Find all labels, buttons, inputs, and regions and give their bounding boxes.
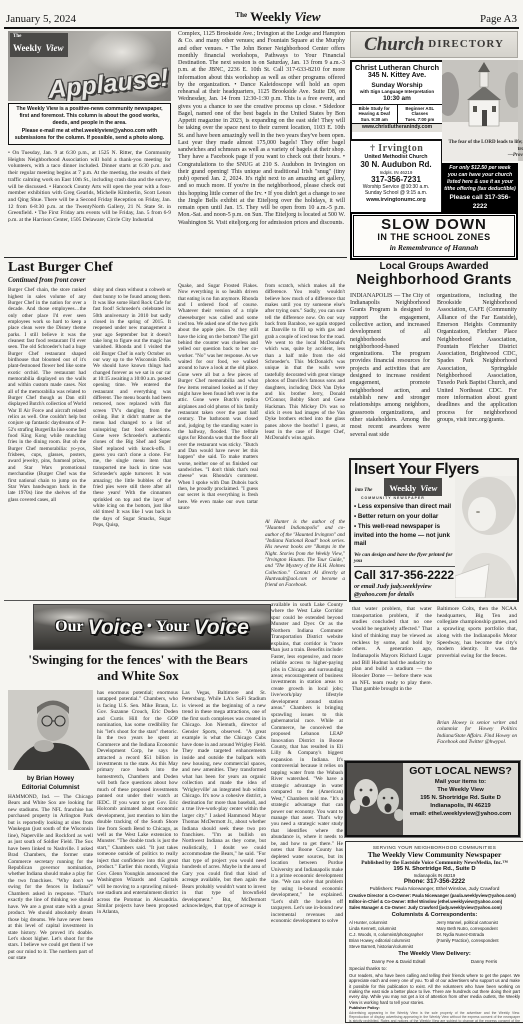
methodist-address: 30 N. Audubon Rd. xyxy=(351,160,441,169)
burger-chef-headline: Last Burger Chef xyxy=(8,261,171,276)
applause-intro-box: The Weekly View is a positive-news commu… xyxy=(8,103,171,145)
church-listing-ad: For only $12.50 per week you can have yo… xyxy=(442,163,518,213)
issue-date: January 5, 2024 xyxy=(6,13,76,25)
church-listing-phone: Please call 317-356-2222 xyxy=(444,194,516,212)
flyers-ad: Insert Your Flyers into The Weekly View … xyxy=(349,458,519,602)
burger-chef-article: Last Burger Chef Continued from front co… xyxy=(8,261,171,589)
editorial-headline-text: 'Swinging for the fences' with the Bears… xyxy=(8,652,268,683)
banner-your: Your xyxy=(156,619,190,635)
brian-howey-photo xyxy=(8,690,93,770)
burger-chef-col4-wrap: from scratch, which makes all the differ… xyxy=(265,283,345,597)
got-news-title: GOT LOCAL NEWS? xyxy=(403,766,518,778)
colophon-phone: Phone: 317-356-2222 xyxy=(349,878,520,886)
grants-col2: organizations, including the Brookside N… xyxy=(437,293,517,443)
burger-chef-col2: shiny and clean without a cobweb or dust… xyxy=(93,287,171,589)
applause-photo: The Weekly View Applause! xyxy=(8,31,171,101)
grants-title-1: Local Groups Awarded xyxy=(350,261,518,272)
colophon-thanks: Our readers, who have been calling and t… xyxy=(349,973,520,1005)
lutheran-bible-study: Bible Study for Hearing & DeafSun. 9:30 … xyxy=(352,105,397,124)
editorial-col2: has enormous potential; enormous untappe… xyxy=(97,690,178,1012)
flyers-email: or email Judy judy.weeklyview@yahoo.com … xyxy=(354,583,458,598)
applause-intro-2: Please e-mail me at ethel.weeklyview@yah… xyxy=(12,128,167,142)
masthead-view: View xyxy=(295,9,321,24)
christ-lutheran-listing: Christ Lutheran Church 345 N. Kittey Ave… xyxy=(350,60,444,141)
burger-chef-col1: Burger Chef chain, the store ranked high… xyxy=(8,287,86,589)
methodist-website-link: www.irvingtonumc.org xyxy=(351,197,441,205)
masthead-the: The xyxy=(235,11,247,19)
grants-title-2: Neighborhood Grants xyxy=(350,272,518,289)
church-header-script: Church xyxy=(364,35,424,54)
flyers-design-note: We can design and have the flyer printed… xyxy=(354,552,458,567)
grants-article: Local Groups Awarded Neighborhood Grants… xyxy=(350,261,518,443)
lutheran-worship: Sunday Worship xyxy=(352,82,442,90)
lutheran-classes: Bible Study for Hearing & DeafSun. 9:30 … xyxy=(352,104,442,125)
page-number: Page A3 xyxy=(480,13,517,25)
slow-down-line3: in Remembrance of Hannah xyxy=(352,243,516,253)
got-news-text: GOT LOCAL NEWS? Mail your items to: The … xyxy=(403,763,518,835)
surprised-readers-photo xyxy=(347,763,403,835)
editorial-col1: HAMMOND, Ind. — The Chicago Bears and Wh… xyxy=(8,794,93,1012)
editorial-author-bio: Brian Howey is senior writer and columni… xyxy=(437,720,517,756)
lutheran-address: 345 N. Kittey Ave. xyxy=(352,72,442,80)
reading-woman-photo xyxy=(455,476,517,598)
colophon-paper-name: The Weekly View Community Newspaper xyxy=(349,851,520,860)
colophon-publishers: Publishers: Paula Nicewanger, Ethel Wins… xyxy=(349,886,520,893)
flyers-bullet-2: • Better return on your dollar xyxy=(354,513,456,521)
editorial-col6-wrap: Baltimore Colts, then the NCAA headquart… xyxy=(437,606,517,756)
newspaper-page: January 5, 2024 The Weekly View Page A3 … xyxy=(0,0,523,1024)
cross-icon: ✝ xyxy=(369,143,377,154)
banner-dot: • xyxy=(147,620,152,634)
colophon-thanks-header: Special thanks to: xyxy=(349,966,520,973)
applause-intro-1: The Weekly View is a positive-news commu… xyxy=(12,106,167,126)
editorial-col1-wrap: by Brian Howey Editorial Columnist HAMMO… xyxy=(8,690,93,1012)
colophon-staff-3: Sales Manager & Co-Owner: Judy Crawford … xyxy=(349,905,520,911)
slow-down-notice: SLOW DOWN IN THE SCHOOL ZONES in Remembr… xyxy=(350,212,518,260)
banner-voice-2: Voice xyxy=(194,617,249,638)
lutheran-time: 10:30 am xyxy=(352,95,442,103)
got-news-email: email: ethel.weeklyview@yahoo.com xyxy=(403,810,518,818)
flyers-bullet-3: • This well-read newspaper is invited in… xyxy=(354,523,456,548)
our-voice-banner: Our Voice • Your Voice xyxy=(33,604,271,650)
church-header-caps: DIRECTORY xyxy=(428,39,504,50)
lutheran-name: Christ Lutheran Church xyxy=(352,62,442,72)
colophon-address1: 195 N. Shortridge Rd., Suite D xyxy=(349,866,520,873)
applause-banner-text: Applause! xyxy=(8,66,170,101)
burger-chef-article-cont: Quake, and Sugar Frosted Flakes. Now eve… xyxy=(178,283,345,597)
editorial-col6: Baltimore Colts, then the NCAA headquart… xyxy=(437,606,517,720)
logo-the: The xyxy=(13,34,64,39)
logo-weekly: Weekly xyxy=(13,43,42,53)
banner-voice-1: Voice xyxy=(88,617,143,638)
section-rule xyxy=(4,257,347,258)
got-local-news-box: GOT LOCAL NEWS? Mail your items to: The … xyxy=(345,761,520,837)
church-photo: The fear of the LORD leads to life; Then… xyxy=(442,60,523,161)
applause-items-middle: Complex, 1125 Brookside Ave.; Irvington … xyxy=(178,31,345,281)
church-directory: Church DIRECTORY Christ Lutheran Church … xyxy=(350,31,518,213)
colophon-columnists: Al Hunter, columnist Linda Kennett, colu… xyxy=(349,920,520,950)
burger-chef-col4: from scratch, which makes all the differ… xyxy=(265,283,345,519)
flyers-weekly-view-logo: Weekly View xyxy=(384,478,442,496)
banner-our: Our xyxy=(55,619,83,635)
masthead-weekly: Weekly xyxy=(250,9,291,24)
applause-items-left: • On Tuesday, Jan. 9 at 6:30 p.m., at 15… xyxy=(8,150,171,258)
colophon-policy: Advertising appearing in the Weekly View… xyxy=(349,1011,520,1023)
burger-chef-continued: Continued from front cover xyxy=(8,276,171,286)
grants-col1: INDIANAPOLIS — The City of Indianapolis … xyxy=(350,293,430,443)
flyers-into: into The xyxy=(355,488,372,493)
methodist-phone: 317-356-7231 xyxy=(351,175,441,184)
editorial-col3: Las Vegas, Baltimore and St. Petersburg.… xyxy=(182,690,266,1012)
church-directory-body: Christ Lutheran Church 345 N. Kittey Ave… xyxy=(350,60,518,213)
church-directory-header: Church DIRECTORY xyxy=(350,31,518,58)
header-rule xyxy=(4,27,519,29)
editorial-col5: that water problem, that water transport… xyxy=(352,606,432,756)
masthead-title: The Weekly View xyxy=(235,9,320,25)
church-verse-citation: —Proverbs 19:23 xyxy=(508,153,523,158)
lutheran-asl-classes: Beginner ASL ClassesTues. 7:00 pm xyxy=(397,105,443,124)
church-verse: The fear of the LORD leads to life; Then… xyxy=(444,140,523,159)
burger-chef-author-bio: Al Hunter is the author of the "Haunted … xyxy=(265,519,345,597)
colophon-delivery-header: The Weekly View Delivery: xyxy=(349,950,520,959)
logo-view: View xyxy=(46,43,64,53)
weekly-view-logo: The Weekly View xyxy=(10,33,68,57)
voice-section-rule xyxy=(4,600,347,601)
columnists-left: Al Hunter, columnist Linda Kennett, colu… xyxy=(349,920,433,950)
editorial-col4: available in south Lake County where the… xyxy=(271,602,343,1015)
lutheran-website-link: www.christlutheranindy.com xyxy=(352,124,442,132)
slow-down-line2: IN THE SCHOOL ZONES xyxy=(352,232,516,243)
flyers-bullet-1: • Less expensive than direct mail xyxy=(354,503,456,511)
methodist-name: Irvington xyxy=(378,144,423,154)
slow-down-line1: SLOW DOWN xyxy=(352,217,516,232)
applause-feature: The Weekly View Applause! The Weekly Vie… xyxy=(8,31,171,145)
colophon-box: SERVING YOUR NEIGHBORHOOD COMMUNITIES Th… xyxy=(345,841,523,1023)
irvington-methodist-listing: ✝ Irvington United Methodist Church 30 N… xyxy=(350,140,442,215)
burger-chef-col3: Quake, and Sugar Frosted Flakes. Now eve… xyxy=(178,283,258,597)
page-header: January 5, 2024 The Weekly View Page A3 xyxy=(6,4,517,25)
columnists-right: Jerry Mannel, political cartoonist Mary … xyxy=(437,920,521,950)
colophon-columnists-header: Columnists & Correspondents: xyxy=(349,911,520,920)
editorial-byline: by Brian Howey Editorial Columnist xyxy=(8,775,93,792)
